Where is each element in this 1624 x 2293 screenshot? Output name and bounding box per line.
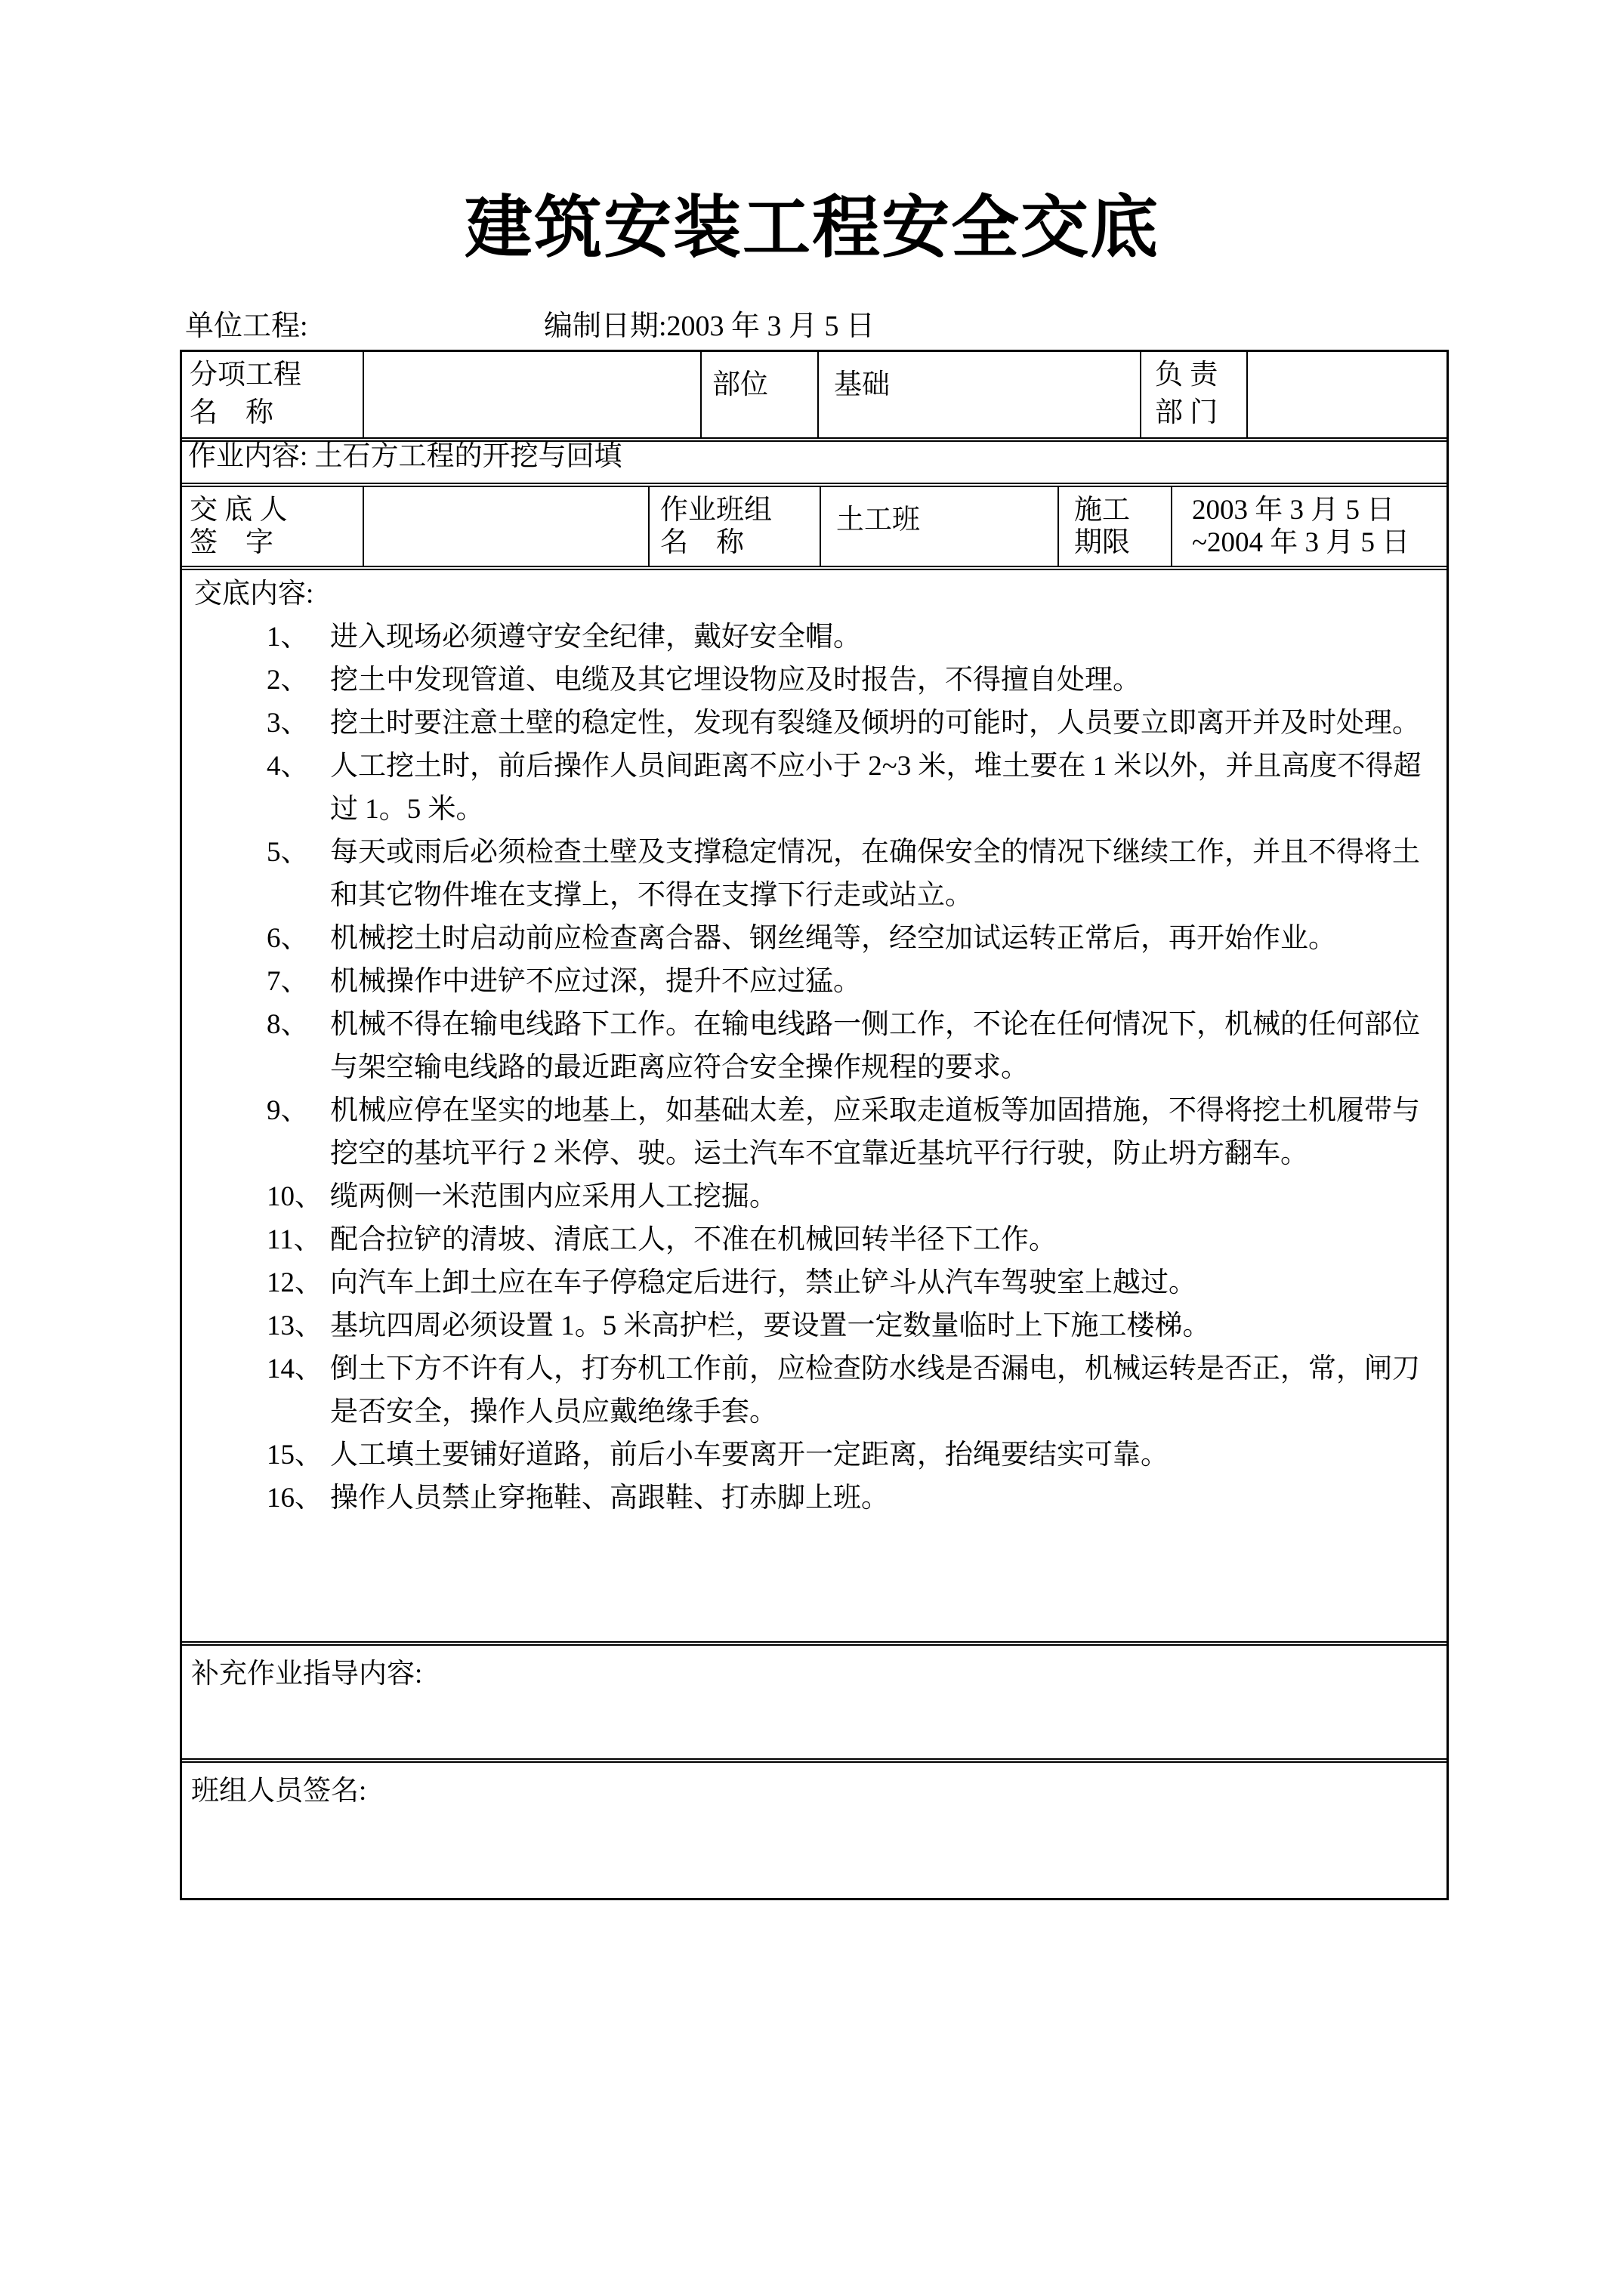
briefing-item: 11、配合拉铲的清坡、清底工人，不准在机械回转半径下工作。: [187, 1218, 1442, 1261]
briefing-item: 9、机械应停在坚实的地基上，如基础太差，应采取走道板等加固措施，不得将挖土机履带…: [187, 1089, 1442, 1175]
briefing-item: 13、基坑四周必须设置 1。5 米高护栏，要设置一定数量临时上下施工楼梯。: [187, 1304, 1442, 1347]
row-sub-project: 分项工程 名 称 部位 基础 负 责 部 门: [182, 352, 1446, 437]
briefing-item: 16、操作人员禁止穿拖鞋、高跟鞋、打赤脚上班。: [187, 1477, 1442, 1520]
dept-label: 负 责 部 门: [1140, 352, 1246, 437]
briefing-item: 15、人工填土要铺好道路，前后小车要离开一定距离，抬绳要结实可靠。: [187, 1434, 1442, 1477]
supplement-cell: 补充作业指导内容:: [182, 1646, 1446, 1758]
row-briefing-content: 交底内容: 1、进入现场必须遵守安全纪律，戴好安全帽。 2、挖土中发现管道、电缆…: [182, 566, 1446, 1641]
row-supplement: 补充作业指导内容:: [182, 1641, 1446, 1758]
briefer-signature-cell: [363, 487, 648, 566]
signatures-cell: 班组人员签名:: [182, 1763, 1446, 1898]
compile-date: 编制日期:2003 年 3 月 5 日: [544, 302, 875, 344]
form-table: 分项工程 名 称 部位 基础 负 责 部 门 作业内容: 土石方工程的开挖与回填…: [180, 350, 1449, 1900]
briefing-label: 交底内容:: [187, 572, 1442, 616]
briefer-label: 交 底 人 签 字: [182, 487, 363, 566]
briefing-item: 6、机械挖土时启动前应检查离合器、钢丝绳等，经空加试运转正常后，再开始作业。: [187, 917, 1442, 960]
unit-project-label: 单位工程:: [185, 302, 308, 344]
briefing-item: 3、挖土时要注意土壁的稳定性，发现有裂缝及倾坍的可能时，人员要立即离开并及时处理…: [187, 702, 1442, 745]
team-name-label: 作业班组 名 称: [648, 487, 820, 566]
briefing-item: 8、机械不得在输电线路下工作。在输电线路一侧工作，不论在任何情况下，机械的任何部…: [187, 1003, 1442, 1089]
briefing-item: 1、进入现场必须遵守安全纪律，戴好安全帽。: [187, 616, 1442, 659]
row-briefer-team: 交 底 人 签 字 作业班组 名 称 土工班 施工 期限 2003 年 3 月 …: [182, 483, 1446, 566]
briefing-item: 12、向汽车上卸土应在车子停稳定后进行，禁止铲斗从汽车驾驶室上越过。: [187, 1261, 1442, 1304]
document-page: 建筑安装工程安全交底 单位工程: 编制日期:2003 年 3 月 5 日 分项工…: [0, 0, 1624, 2293]
construction-period-label: 施工 期限: [1057, 487, 1171, 566]
briefing-item: 10、缆两侧一米范围内应采用人工挖掘。: [187, 1175, 1442, 1218]
briefing-item: 14、倒土下方不许有人，打夯机工作前，应检查防水线是否漏电，机械运转是否正，常，…: [187, 1347, 1442, 1434]
page-title: 建筑安装工程安全交底: [0, 172, 1624, 270]
row-work-content: 作业内容: 土石方工程的开挖与回填: [182, 437, 1446, 483]
construction-period-value: 2003 年 3 月 5 日 ~2004 年 3 月 5 日: [1171, 487, 1446, 566]
briefing-content: 交底内容: 1、进入现场必须遵守安全纪律，戴好安全帽。 2、挖土中发现管道、电缆…: [182, 570, 1446, 1641]
location-label: 部位: [700, 352, 817, 437]
location-value: 基础: [817, 352, 1140, 437]
briefing-item: 2、挖土中发现管道、电缆及其它埋设物应及时报告，不得擅自处理。: [187, 659, 1442, 702]
row-signatures: 班组人员签名:: [182, 1758, 1446, 1898]
sub-project-value-cell: [363, 352, 700, 437]
dept-value-cell: [1246, 352, 1446, 437]
briefing-item: 5、每天或雨后必须检查土壁及支撑稳定情况，在确保安全的情况下继续工作，并且不得将…: [187, 831, 1442, 917]
work-content: 作业内容: 土石方工程的开挖与回填: [182, 442, 1446, 483]
briefing-item: 7、机械操作中进铲不应过深，提升不应过猛。: [187, 960, 1442, 1003]
team-name-value: 土工班: [820, 487, 1057, 566]
supplement-label: 补充作业指导内容:: [191, 1656, 1446, 1693]
signatures-label: 班组人员签名:: [191, 1773, 1446, 1810]
briefing-item: 4、人工挖土时，前后操作人员间距离不应小于 2~3 米，堆土要在 1 米以外，并…: [187, 745, 1442, 831]
sub-project-label: 分项工程 名 称: [182, 352, 363, 437]
